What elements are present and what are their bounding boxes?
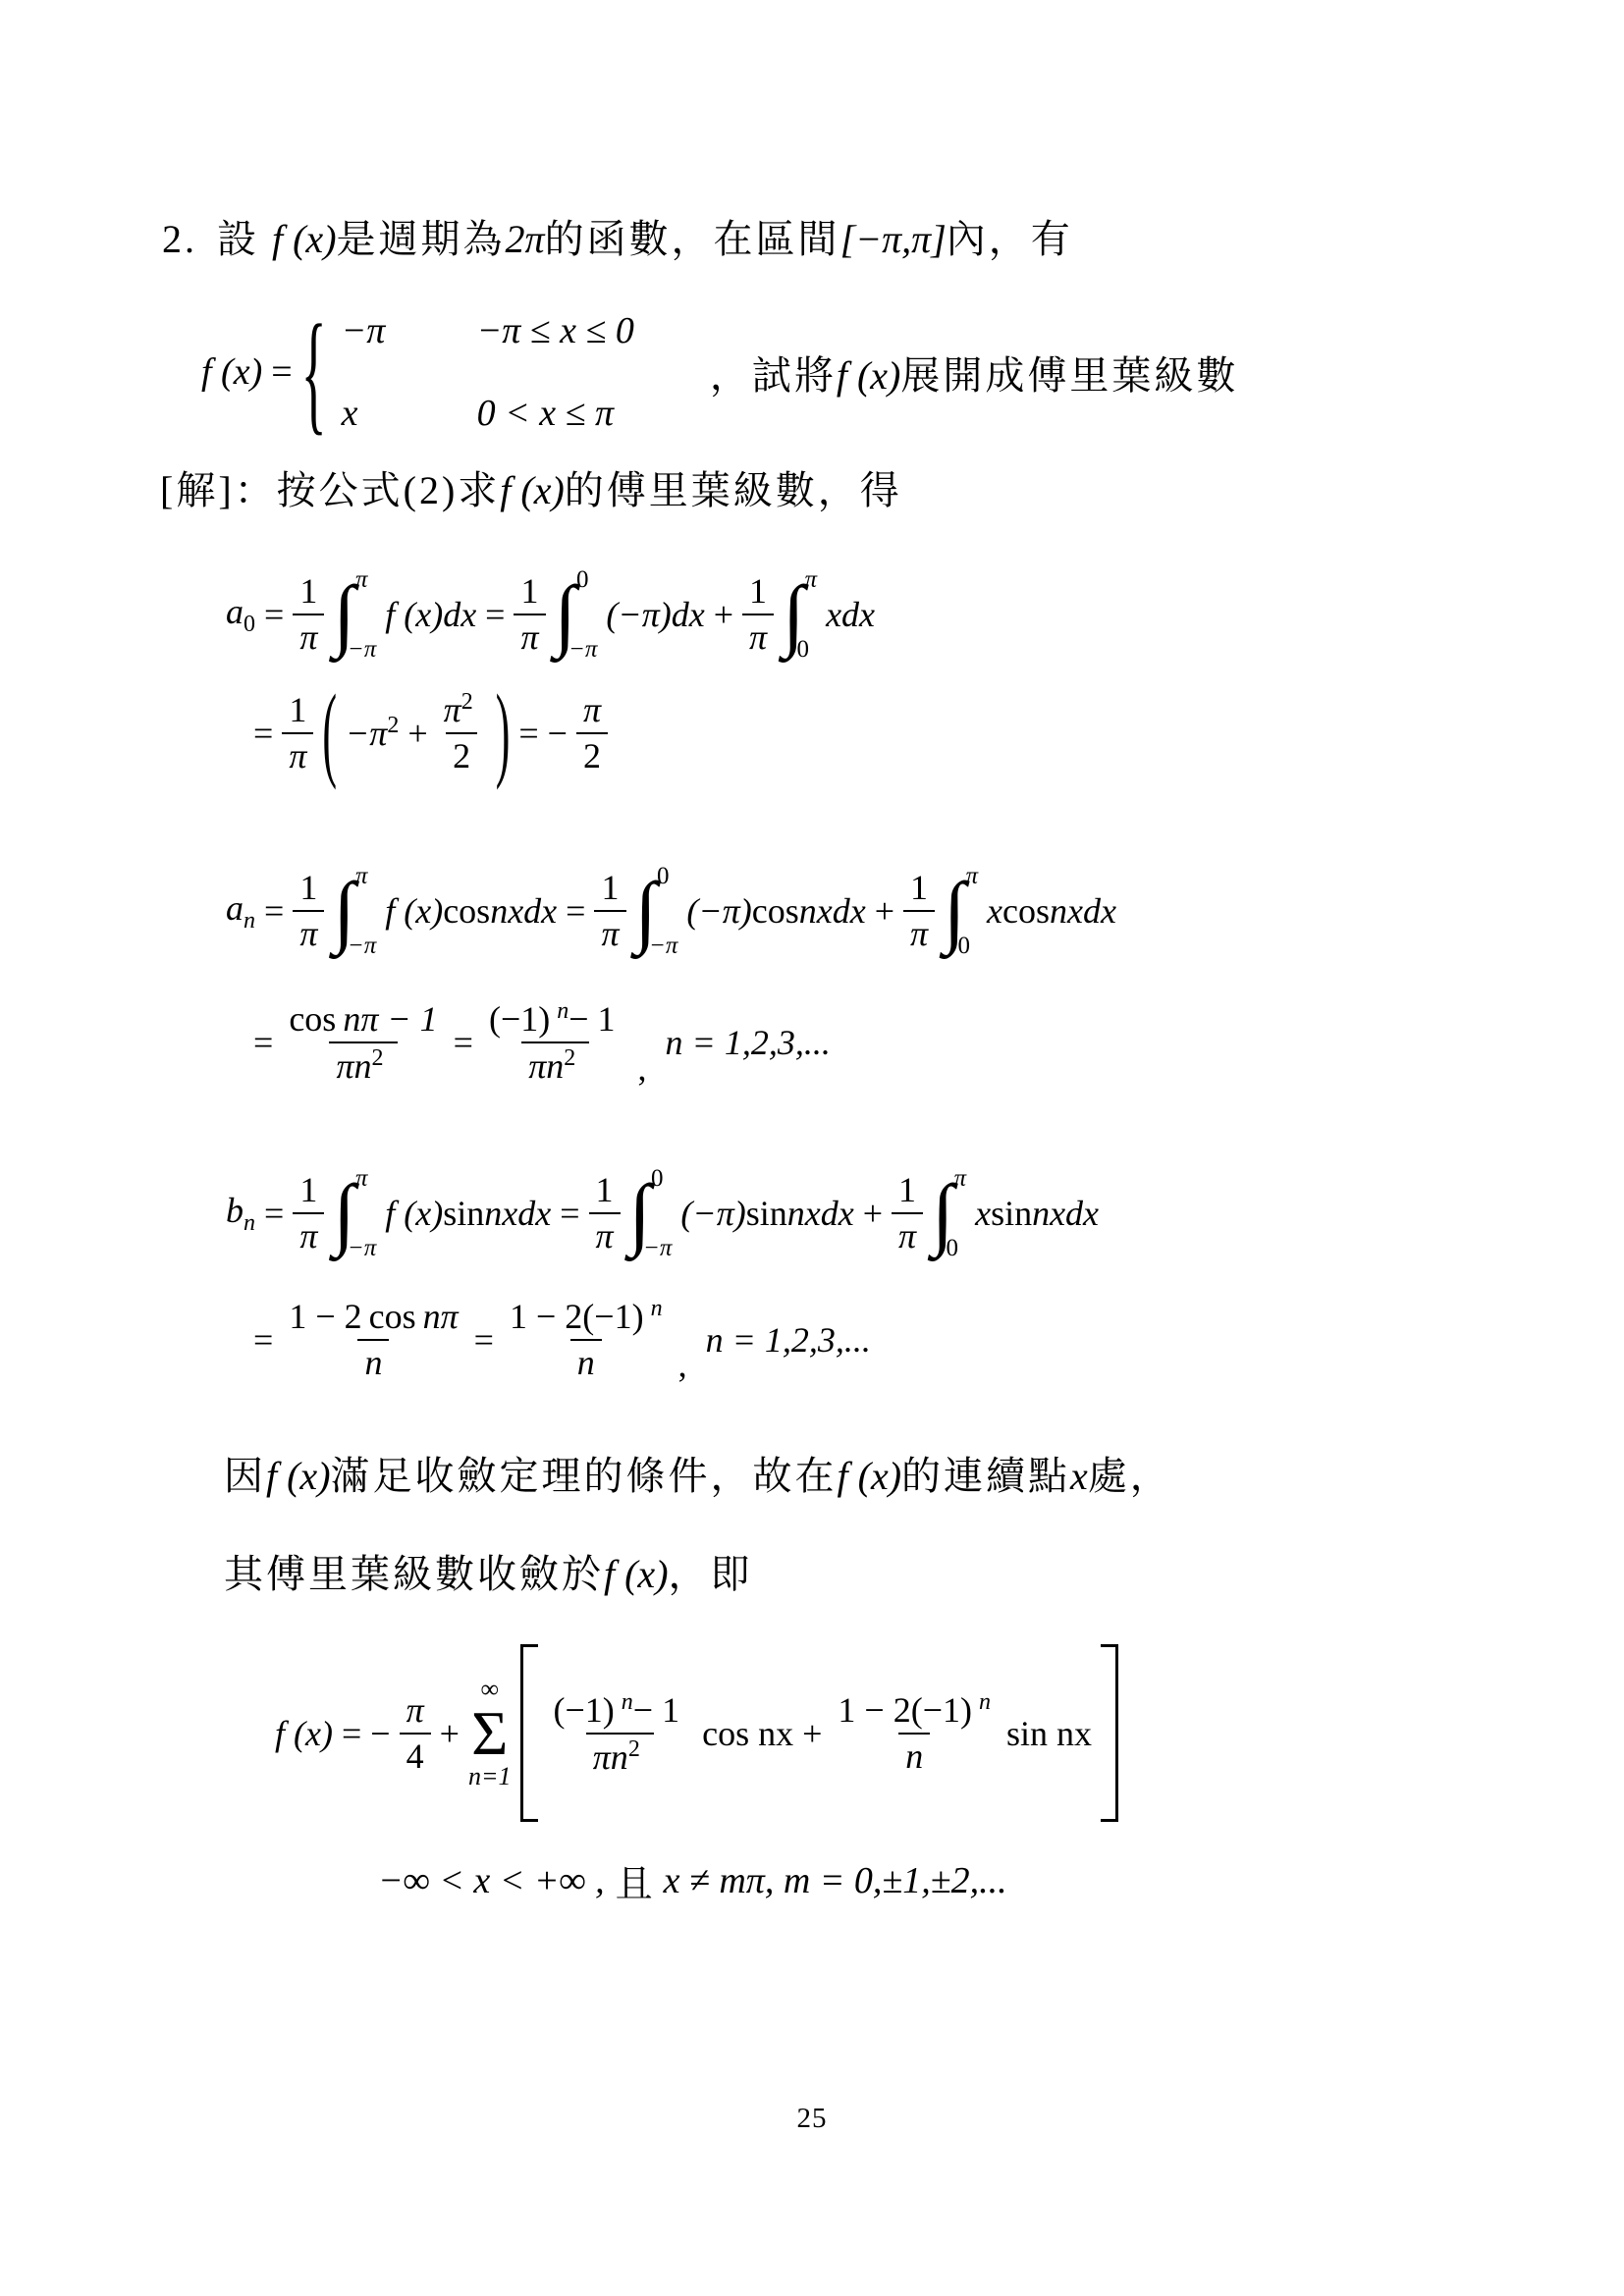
numerator: (−1)n− 1	[547, 1687, 694, 1733]
sin-op: sin	[991, 1194, 1032, 1233]
denominator: 2	[446, 732, 477, 778]
integral-sign: ∫0−π	[555, 567, 598, 662]
plus-sign: +	[802, 1713, 822, 1754]
statement-text: ，試將	[710, 353, 837, 398]
numerator: 1	[742, 569, 774, 614]
exponent-2: 2	[372, 1045, 384, 1071]
sum-lower-limit: n=1	[468, 1764, 512, 1789]
denominator: π	[293, 614, 324, 660]
nxdx-part: nxdx	[484, 1194, 551, 1233]
sin-op: sin	[746, 1194, 787, 1233]
lower-limit: −π	[348, 934, 376, 958]
bn-symbol: bn	[226, 1190, 255, 1237]
equals-sign: =	[264, 1193, 284, 1234]
integral-sign: ∫π0	[932, 1166, 966, 1260]
var-x: x	[1070, 1454, 1088, 1498]
right-bracket	[1101, 1644, 1118, 1822]
statement-text: 展開成傅里葉級數	[900, 353, 1238, 398]
an-symbol: an	[226, 887, 255, 934]
case-brace: {	[301, 304, 327, 440]
statement-text: 滿足收斂定理的條件，故在	[331, 1454, 838, 1498]
upper-limit: 0	[651, 1166, 672, 1191]
cos-term: cos nx	[702, 1713, 793, 1754]
cos-nx: cos nx	[702, 1714, 793, 1753]
numerator: 1	[282, 688, 313, 732]
nxdx-part: nxdx	[1050, 891, 1116, 931]
equation-a0-line2: = 1π ( −π2 + π22 ) = − π2	[253, 687, 608, 778]
nxdx-part: nxdx	[799, 891, 866, 931]
equals-sign: =	[342, 1713, 361, 1754]
nxdx-part: nxdx	[490, 891, 557, 931]
minus-1: − 1	[568, 999, 615, 1039]
fraction-1-over-pi: 1π	[282, 688, 313, 778]
statement-text: 處，	[1088, 1454, 1172, 1498]
exponent-n: n	[651, 1296, 663, 1321]
comma: ,	[678, 1344, 687, 1385]
equation-bn-line2: = 1 − 2cosnπ n = 1 − 2(−1)n n , n = 1,2,…	[253, 1294, 871, 1385]
one-minus-2-neg1: 1 − 2(−1)	[838, 1690, 972, 1730]
integrand: f (x)cosnxdx	[385, 890, 557, 932]
fraction-minus1-pow: 1 − 2(−1)n n	[503, 1294, 670, 1385]
numerator: (−1)n− 1	[482, 996, 629, 1041]
minus-1: − 1	[633, 1690, 679, 1730]
numerator: cosnπ − 1	[282, 997, 444, 1041]
plus-sign: +	[714, 594, 733, 635]
equation-an-line2: = cosnπ − 1 πn2 = (−1)n− 1 πn2 , n = 1,2…	[253, 996, 831, 1089]
fx-part: f (x)	[385, 891, 443, 931]
denominator: π	[282, 732, 313, 778]
lower-limit: −π	[643, 1236, 672, 1260]
plus-sign: +	[440, 1713, 460, 1754]
fraction-cos-coef: (−1)n− 1 πn2	[547, 1687, 694, 1780]
equals-sign: =	[518, 713, 538, 754]
numerator: 1	[293, 569, 324, 614]
numerator: π	[400, 1688, 431, 1733]
fx-notation: f (x)	[266, 1454, 331, 1498]
fx-notation: f (x)	[272, 217, 337, 261]
denominator: πn2	[329, 1041, 397, 1089]
lower-limit: 0	[797, 637, 818, 662]
fraction-pi-over-4: π4	[400, 1688, 431, 1779]
fx-notation: f (x)	[837, 353, 901, 398]
lower-limit: 0	[958, 934, 979, 958]
solution-intro-line: [解]：按公式(2)求f (x)的傅里葉級數，得	[160, 459, 902, 515]
upper-limit: π	[355, 864, 376, 888]
left-bracket	[520, 1644, 538, 1822]
case-value: x	[342, 392, 401, 435]
range-part1: −∞ < x < +∞ ,	[378, 1859, 605, 1902]
cos-op: cos	[1002, 891, 1050, 931]
equals-sign: =	[566, 890, 585, 932]
statement-text: ，即	[669, 1552, 753, 1596]
fraction-cos: 1 − 2cosnπ n	[282, 1295, 464, 1385]
a0-symbol: a0	[226, 591, 255, 638]
equals-sign: =	[253, 1022, 273, 1063]
period-value: 2π	[506, 217, 545, 261]
numerator: 1	[589, 1168, 621, 1212]
lower-limit: 0	[947, 1236, 967, 1260]
solution-label: [解]：按公式(2)求	[160, 468, 500, 512]
lower-limit: −π	[568, 637, 597, 662]
fraction-minus1-pow: (−1)n− 1 πn2	[482, 996, 629, 1089]
integrand: f (x)dx	[385, 594, 476, 635]
comma: ,	[638, 1047, 647, 1089]
denominator: 4	[400, 1733, 431, 1779]
equals-sign: =	[253, 713, 273, 754]
one-minus-2: 1 − 2	[289, 1297, 361, 1336]
fraction-1-over-pi: 1π	[293, 866, 324, 956]
n-pi: nπ	[423, 1297, 459, 1336]
statement-text: 的連續點	[901, 1454, 1070, 1498]
nxdx-part: nxdx	[787, 1194, 854, 1233]
equals-sign: =	[474, 1319, 494, 1361]
exponent-n: n	[557, 998, 568, 1024]
denominator: n	[898, 1733, 930, 1779]
document-page: 2.設 f (x)是週期為2π的函數，在區間[−π,π]內，有 f (x) = …	[0, 0, 1624, 2296]
fx-notation: f (x)	[500, 468, 565, 512]
statement-text: 的函數，在區間	[545, 217, 840, 261]
piecewise-tail: ，試將f (x)展開成傅里葉級數	[710, 345, 1239, 400]
case-row: −π −π ≤ x ≤ 0	[342, 309, 634, 352]
upper-limit: 0	[657, 864, 677, 888]
fraction-1-over-pi: 1π	[742, 569, 774, 660]
numerator: 1	[903, 866, 935, 910]
fraction-1-over-pi: 1π	[293, 1168, 324, 1258]
equals-sign: =	[454, 1022, 473, 1063]
x-part: x	[987, 891, 1002, 931]
integral-sign: ∫π−π	[333, 1166, 376, 1260]
equals-sign: =	[560, 1193, 579, 1234]
exponent-2: 2	[564, 1045, 575, 1071]
cos-op: cos	[752, 891, 799, 931]
integral-sign: ∫π0	[783, 567, 817, 662]
denominator: π	[594, 910, 625, 956]
nxdx-part: nxdx	[1032, 1194, 1099, 1233]
denominator: 2	[576, 732, 608, 778]
numerator: 1 − 2(−1)n	[831, 1687, 998, 1733]
equation-bn-line1: bn = 1π ∫π−π f (x)sinnxdx = 1π ∫0−π (−π)…	[226, 1166, 1099, 1260]
sub-n: n	[244, 908, 255, 934]
sub-n: n	[244, 1210, 255, 1236]
denominator: π	[589, 1212, 621, 1258]
numerator: 1	[514, 569, 546, 614]
numerator: 1 − 2(−1)n	[503, 1294, 670, 1339]
and-character: 且	[616, 1853, 653, 1907]
sin-nx: sin nx	[1006, 1714, 1092, 1753]
integral-sign: ∫π−π	[333, 567, 376, 662]
neg-pi-part: (−π)	[680, 1194, 745, 1233]
sub-0: 0	[244, 612, 255, 637]
fx-notation: f (x)	[201, 350, 262, 394]
convergence-line1: 因f (x)滿足收斂定理的條件，故在f (x)的連續點x處，	[224, 1445, 1172, 1501]
upper-limit: π	[355, 1166, 376, 1191]
sigma-glyph: Σ	[471, 1705, 508, 1762]
sin-op: sin	[443, 1194, 484, 1233]
upper-limit: π	[355, 567, 376, 592]
right-paren: )	[496, 680, 511, 786]
denominator: n	[357, 1339, 389, 1385]
fraction-cos: cosnπ − 1 πn2	[282, 997, 444, 1089]
exponent-n: n	[979, 1689, 991, 1715]
statement-text: 設	[217, 217, 259, 261]
exponent-2: 2	[628, 1736, 640, 1762]
fraction-1-over-pi: 1π	[293, 569, 324, 660]
var-b: b	[226, 1191, 244, 1230]
integral-sign: ∫π−π	[333, 864, 376, 958]
integral-sign: ∫0−π	[635, 864, 678, 958]
plus-sign: +	[863, 1193, 883, 1234]
fraction-1-over-pi: 1π	[892, 1168, 923, 1258]
denominator: π	[514, 614, 545, 660]
numerator: 1	[595, 866, 626, 910]
denominator: π	[742, 614, 774, 660]
equals-sign: =	[485, 594, 505, 635]
denominator: n	[570, 1339, 602, 1385]
fraction-sin-coef: 1 − 2(−1)n n	[831, 1687, 998, 1779]
case-value: −π	[342, 309, 401, 352]
cos-op: cos	[369, 1297, 416, 1336]
one-minus-2-neg1: 1 − 2(−1)	[510, 1297, 644, 1336]
pi-n: πn	[336, 1046, 371, 1086]
numerator: 1 − 2cosnπ	[282, 1295, 464, 1339]
denominator: π	[293, 1212, 324, 1258]
n-pi-minus-1: nπ − 1	[343, 999, 437, 1039]
statement-text: 的傅里葉級數，得	[565, 468, 902, 512]
exponent-2: 2	[387, 713, 399, 738]
piecewise-definition: f (x) = { −π −π ≤ x ≤ 0 x 0 < x ≤ π ，試將f…	[201, 309, 1238, 435]
denominator: πn2	[521, 1041, 589, 1089]
integrand: (−π)dx	[606, 594, 704, 635]
pi: π	[444, 690, 461, 729]
page-number: 25	[0, 2103, 1624, 2135]
equation-fourier-series: f (x) = − π4 + ∞ Σ n=1 (−1)n− 1 πn2 cos …	[275, 1644, 1118, 1822]
upper-limit: π	[966, 864, 979, 888]
n-values: n = 1,2,3,...	[706, 1319, 871, 1361]
plus-sign: +	[407, 713, 427, 754]
x-part: x	[975, 1194, 991, 1233]
statement-text: 是週期為	[337, 217, 506, 261]
var-a: a	[226, 592, 244, 631]
lower-limit: −π	[348, 637, 376, 662]
neg-pi: −π	[346, 714, 387, 753]
upper-limit: π	[954, 1166, 967, 1191]
var-a: a	[226, 888, 244, 928]
numerator: 1	[293, 866, 324, 910]
case-condition: 0 < x ≤ π	[477, 392, 614, 435]
left-paren: (	[322, 680, 337, 786]
integrand: xsinnxdx	[975, 1193, 1099, 1234]
minus-sign: −	[548, 713, 568, 754]
fraction-1-over-pi: 1π	[903, 866, 935, 956]
numerator: 1	[892, 1168, 923, 1212]
lower-limit: −π	[348, 1236, 376, 1260]
problem-statement-line: 2.設 f (x)是週期為2π的函數，在區間[−π,π]內，有	[162, 208, 1073, 264]
statement-text: 其傅里葉級數收斂於	[224, 1552, 604, 1596]
neg-one: (−1)	[489, 999, 550, 1039]
equals-sign: =	[264, 594, 284, 635]
integrand: (−π)sinnxdx	[680, 1193, 853, 1234]
denominator: π	[903, 910, 935, 956]
integral-sign: ∫0−π	[629, 1166, 673, 1260]
equals-sign: =	[253, 1319, 273, 1361]
integrand: (−π)cosnxdx	[686, 890, 865, 932]
fx-notation: f (x)	[604, 1552, 669, 1596]
cos-op: cos	[443, 891, 490, 931]
equals-sign: =	[264, 890, 284, 932]
lower-limit: −π	[649, 934, 677, 958]
minus-sign: −	[370, 1713, 390, 1754]
exponent-2: 2	[461, 689, 473, 715]
denominator: π	[892, 1212, 923, 1258]
case-condition: −π ≤ x ≤ 0	[477, 309, 634, 352]
equals-sign: =	[271, 350, 292, 394]
plus-sign: +	[875, 890, 894, 932]
case-row: x 0 < x ≤ π	[342, 392, 634, 435]
fx-notation: f (x)	[275, 1713, 333, 1754]
summation-sign: ∞ Σ n=1	[468, 1677, 512, 1790]
equation-a0-line1: a0 = 1π ∫π−π f (x)dx = 1π ∫0−π (−π)dx + …	[226, 567, 875, 662]
numerator: 1	[293, 1168, 324, 1212]
piecewise-cases: −π −π ≤ x ≤ 0 x 0 < x ≤ π	[342, 309, 634, 435]
integrand: xcosnxdx	[987, 890, 1116, 932]
statement-text: 因	[224, 1454, 266, 1498]
upper-limit: π	[805, 567, 818, 592]
upper-limit: 0	[576, 567, 597, 592]
exponent-n: n	[622, 1689, 633, 1715]
neg-one: (−1)	[554, 1690, 615, 1730]
equation-an-line1: an = 1π ∫π−π f (x)cosnxdx = 1π ∫0−π (−π)…	[226, 864, 1116, 958]
interval-notation: [−π,π]	[840, 217, 947, 261]
convergence-line2: 其傅里葉級數收斂於f (x)，即	[224, 1543, 753, 1599]
n-values: n = 1,2,3,...	[666, 1022, 831, 1063]
denominator: πn2	[586, 1733, 654, 1780]
numerator: π2	[437, 687, 487, 732]
range-condition: −∞ < x < +∞ , 且 x ≠ mπ, m = 0,±1,±2,...	[378, 1853, 1007, 1907]
fraction-pi-over-2: π2	[576, 688, 608, 778]
integrand: xdx	[826, 594, 875, 635]
problem-number: 2.	[162, 217, 197, 261]
fraction-1-over-pi: 1π	[594, 866, 625, 956]
statement-text: 內，有	[947, 217, 1073, 261]
fx-notation: f (x)	[838, 1454, 902, 1498]
pi-n: πn	[528, 1046, 564, 1086]
integrand: f (x)sinnxdx	[385, 1193, 551, 1234]
neg-pi-part: (−π)	[686, 891, 751, 931]
fraction-1-over-pi: 1π	[514, 569, 545, 660]
integral-sign: ∫π0	[944, 864, 978, 958]
range-part2: x ≠ mπ, m = 0,±1,±2,...	[664, 1859, 1007, 1902]
denominator: π	[293, 910, 324, 956]
sin-term: sin nx	[1006, 1713, 1092, 1754]
pi-squared-term: −π2	[346, 713, 399, 754]
fx-part: f (x)	[385, 1194, 443, 1233]
pi-n: πn	[593, 1737, 628, 1777]
fraction-pi2-over-2: π22	[437, 687, 487, 778]
cos-op: cos	[289, 999, 336, 1039]
fraction-1-over-pi: 1π	[589, 1168, 621, 1258]
numerator: π	[576, 688, 608, 732]
